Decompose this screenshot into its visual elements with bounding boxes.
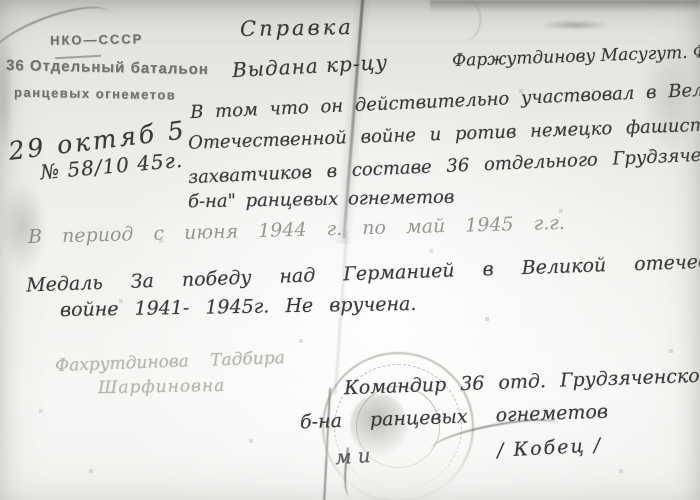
body-line-5: б-на" ранцевых огнеметов	[188, 187, 455, 213]
corner-crease-top-right	[417, 0, 484, 46]
corner-stamp-line2: 36 Отдельный батальон	[6, 57, 209, 78]
signature-name: / Кобец /	[496, 434, 602, 461]
medal-line-2: войне 1941- 1945г. Не вручена.	[60, 293, 417, 321]
smudge-mark	[540, 20, 610, 30]
pencil-note-line1: Фахрутдинова Тадбира	[55, 348, 285, 376]
document-title: Справка	[240, 15, 354, 41]
service-period-line: В период с июня 1944 г. по май 1945 г.г.	[28, 212, 565, 248]
medal-line-1: Медаль За победу над Германией в Великой…	[26, 248, 700, 297]
paper-specks	[0, 0, 2, 2]
pencil-note-line2: Шарфиновна	[98, 376, 226, 398]
signature-scribble: ми	[334, 443, 377, 470]
body-line-2: В том что он действительно участвовал в …	[190, 78, 700, 123]
document-scan: НКО—СССР 36 Отдельный батальон ранцевых …	[0, 0, 700, 500]
corner-stamp-line1: НКО—СССР	[50, 31, 144, 48]
corner-stamp-line3: ранцевых огнеметов	[14, 85, 176, 103]
